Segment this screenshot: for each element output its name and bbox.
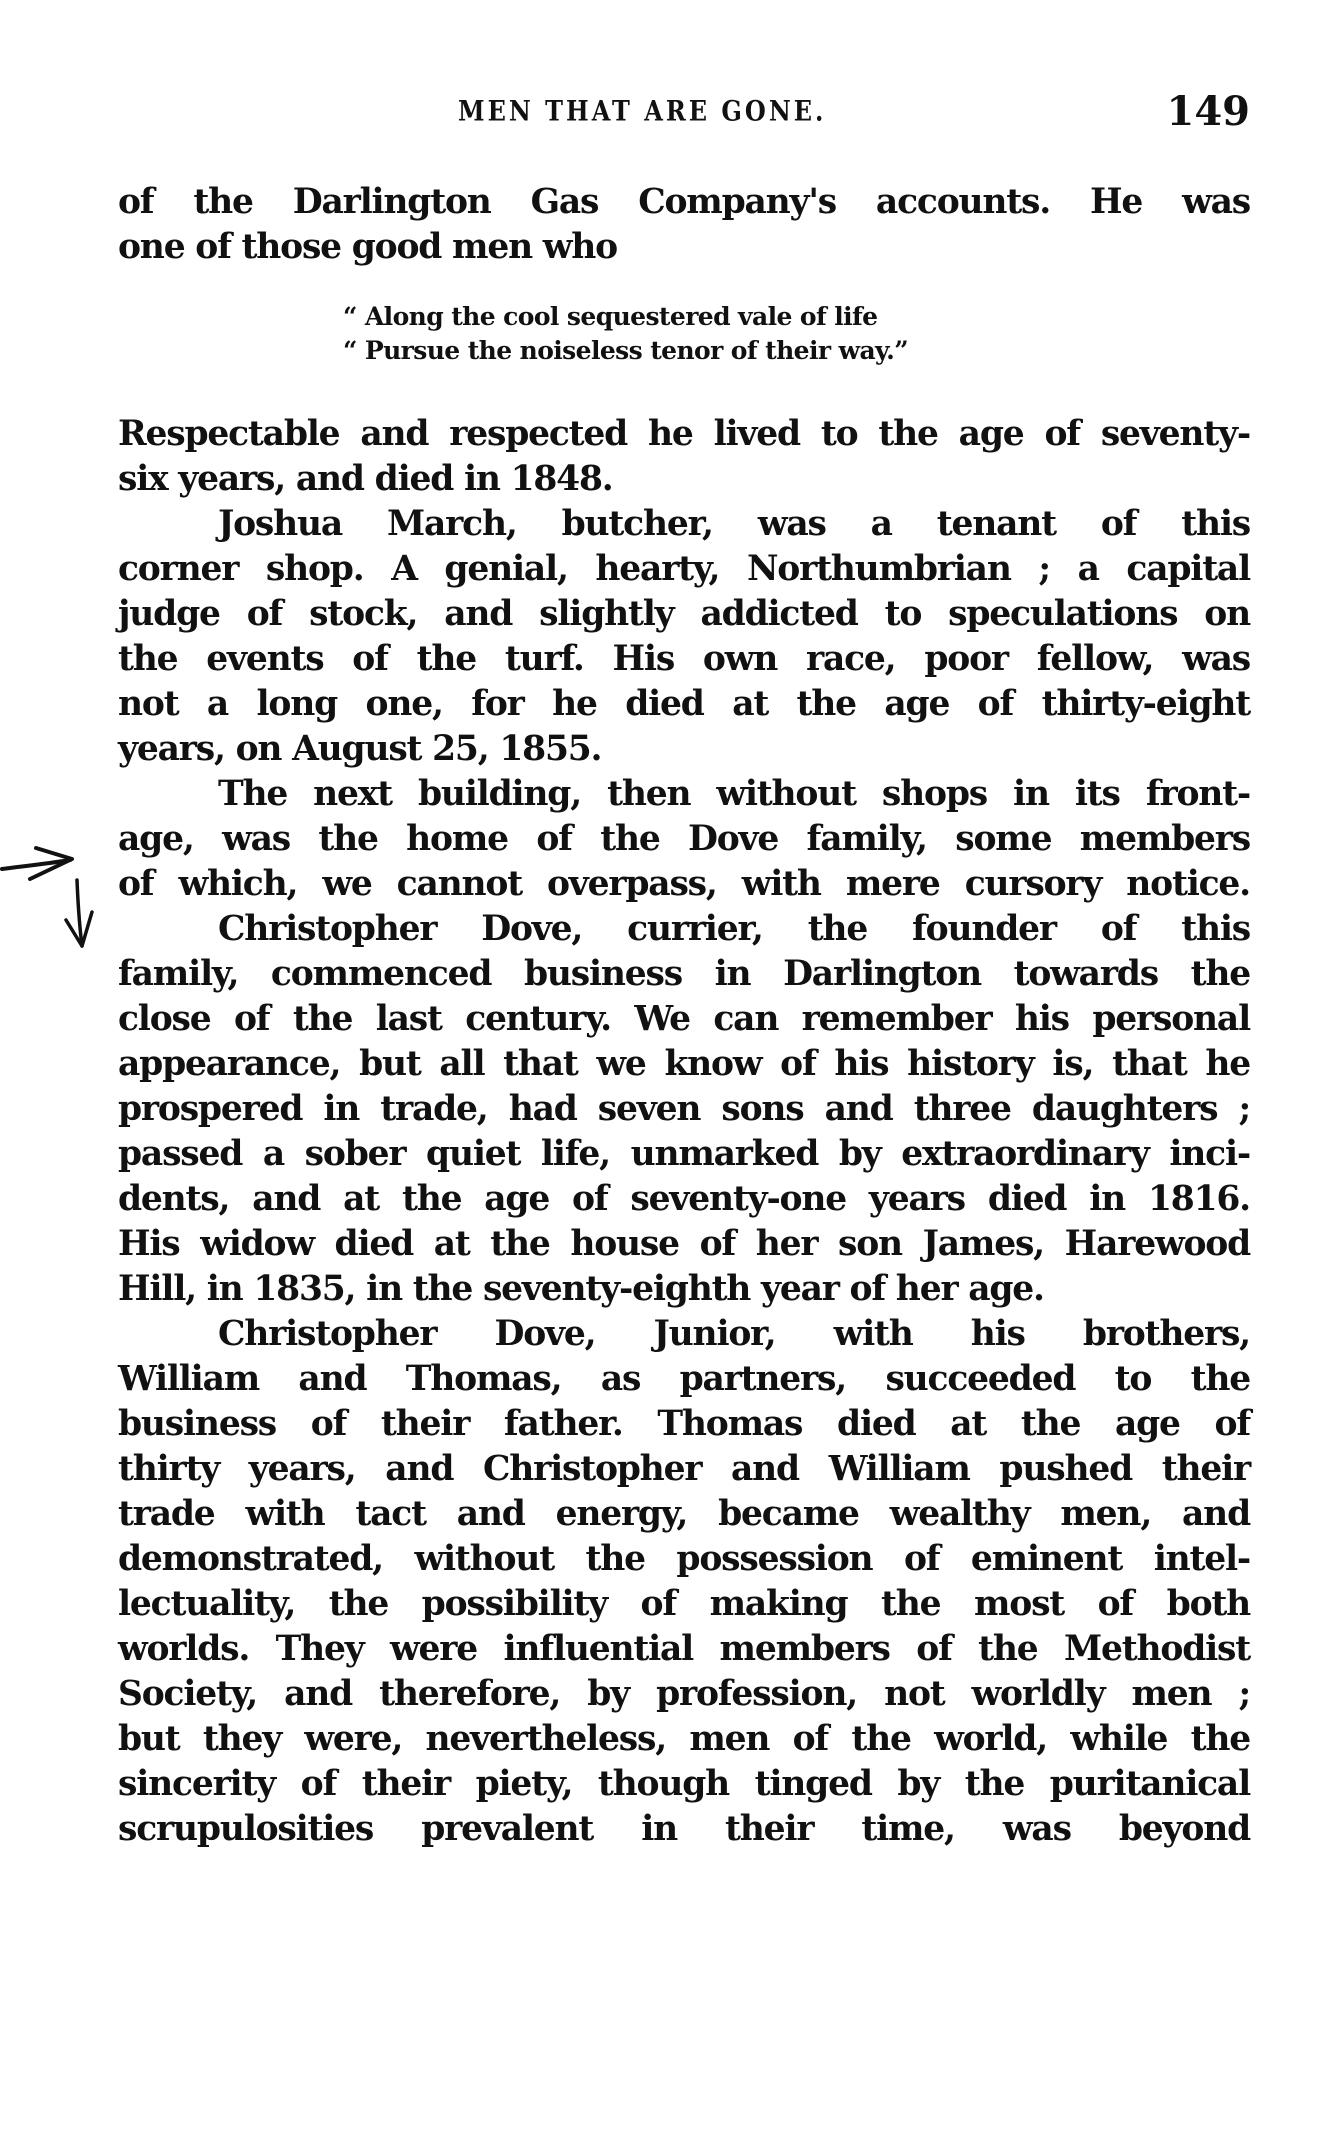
text-line: family, commenced business in Darlington… (118, 952, 1250, 997)
text-line: sincerity of their piety, though tinged … (118, 1762, 1250, 1807)
verse-line: “ Pursue the noiseless tenor of their wa… (343, 334, 1250, 368)
text-line: scrupulosities prevalent in their time, … (118, 1807, 1250, 1852)
text-line: passed a sober quiet life, unmarked by e… (118, 1132, 1250, 1177)
paragraph-christopher-dove-junior: Christopher Dove, Junior, with his broth… (118, 1312, 1250, 1852)
paragraph-respectable: Respectable and respected he lived to th… (118, 412, 1250, 502)
paragraph-next-building: The next building, then without shops in… (118, 772, 1250, 907)
text-line: lectuality, the possibility of making th… (118, 1582, 1250, 1627)
text-line: business of their father. Thomas died at… (118, 1402, 1250, 1447)
text-line: trade with tact and energy, became wealt… (118, 1492, 1250, 1537)
text-line: dents, and at the age of seventy-one yea… (118, 1177, 1250, 1222)
text-line: corner shop. A genial, hearty, Northumbr… (118, 547, 1250, 592)
margin-annotation (0, 830, 110, 970)
hand-drawn-down-arrow-icon (66, 880, 92, 946)
book-page: MEN THAT ARE GONE. 149 of the Darlington… (0, 0, 1344, 2154)
text-line: age, was the home of the Dove family, so… (118, 817, 1250, 862)
verse-line: “ Along the cool sequestered vale of lif… (343, 300, 1250, 334)
text-line: Christopher Dove, currier, the founder o… (118, 907, 1250, 952)
text-line: one of those good men who (118, 225, 1250, 270)
running-title: MEN THAT ARE GONE. (458, 94, 826, 127)
paragraph-joshua-march: Joshua March, butcher, was a tenant of t… (118, 502, 1250, 772)
text-line: the events of the turf. His own race, po… (118, 637, 1250, 682)
text-line: demonstrated, without the possession of … (118, 1537, 1250, 1582)
body-text: of the Darlington Gas Company's accounts… (118, 180, 1250, 1852)
text-line: His widow died at the house of her son J… (118, 1222, 1250, 1267)
running-header: MEN THAT ARE GONE. 149 (118, 88, 1250, 138)
hand-drawn-right-arrow-icon (2, 848, 72, 879)
paragraph-continuation: of the Darlington Gas Company's accounts… (118, 180, 1250, 270)
text-line: judge of stock, and slightly addicted to… (118, 592, 1250, 637)
text-line: close of the last century. We can rememb… (118, 997, 1250, 1042)
page-number: 149 (1167, 88, 1251, 135)
text-line: but they were, nevertheless, men of the … (118, 1717, 1250, 1762)
text-line: Society, and therefore, by profession, n… (118, 1672, 1250, 1717)
verse-quotation: “ Along the cool sequestered vale of lif… (343, 300, 1250, 368)
text-line: appearance, but all that we know of his … (118, 1042, 1250, 1087)
text-line: prospered in trade, had seven sons and t… (118, 1087, 1250, 1132)
text-line: years, on August 25, 1855. (118, 727, 1250, 772)
text-line: thirty years, and Christopher and Willia… (118, 1447, 1250, 1492)
text-line: worlds. They were influential members of… (118, 1627, 1250, 1672)
text-line: six years, and died in 1848. (118, 457, 1250, 502)
text-line: The next building, then without shops in… (118, 772, 1250, 817)
text-line: Christopher Dove, Junior, with his broth… (118, 1312, 1250, 1357)
text-line: not a long one, for he died at the age o… (118, 682, 1250, 727)
text-line: Respectable and respected he lived to th… (118, 412, 1250, 457)
text-line: of the Darlington Gas Company's accounts… (118, 180, 1250, 225)
paragraph-christopher-dove: Christopher Dove, currier, the founder o… (118, 907, 1250, 1312)
text-line: Joshua March, butcher, was a tenant of t… (118, 502, 1250, 547)
text-line: of which, we cannot overpass, with mere … (118, 862, 1250, 907)
text-line: William and Thomas, as partners, succeed… (118, 1357, 1250, 1402)
text-line: Hill, in 1835, in the seventy-eighth yea… (118, 1267, 1250, 1312)
